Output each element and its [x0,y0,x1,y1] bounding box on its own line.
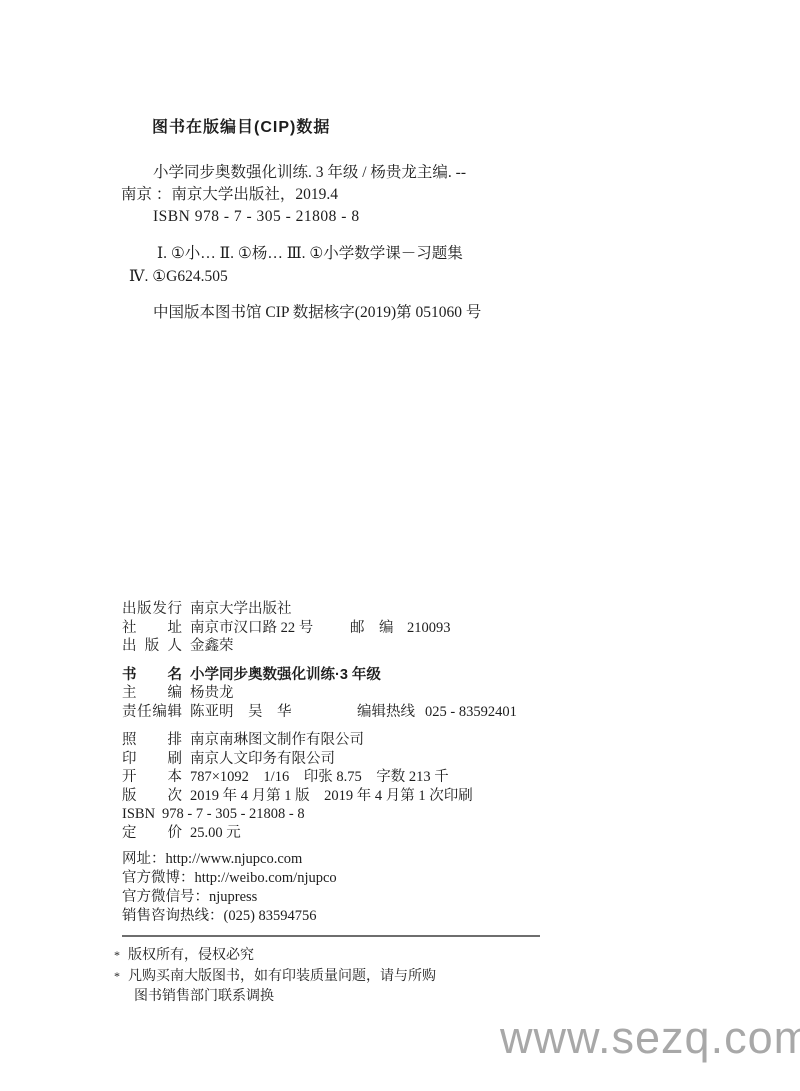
colophon-block: 出版发行南京大学出版社 社址南京市汉口路 22 号 邮 编 210093 出版人… [122,600,682,1008]
cip-block: 图书在版编目(CIP)数据 小学同步奥数强化训练. 3 年级 / 杨贵龙主编. … [120,116,620,324]
cip-class-line1: Ⅰ. ①小… Ⅱ. ①杨… Ⅲ. ①小学数学课－习题集 [157,242,620,265]
row-label: 出版人 [122,637,182,656]
cip-record-line: 中国版本图书馆 CIP 数据核字(2019)第 051060 号 [153,302,620,324]
row-address: 社址南京市汉口路 22 号 邮 编 210093 [122,619,682,638]
row-label: 版次 [122,787,182,806]
row-printing: 印刷南京人文印务有限公司 [122,750,682,769]
editor-hotline-label: 编辑热线 [357,703,415,722]
row-value: 杨贵龙 [190,685,234,701]
row-format: 开本787×1092 1/16 印张 8.75 字数 213 千 [122,768,682,787]
row-publisher: 出版发行南京大学出版社 [122,600,682,619]
row-isbn: ISBN978 - 7 - 305 - 21808 - 8 [122,805,682,824]
row-value: 25.00 元 [190,825,241,841]
notice-text: 凡购买南大版图书，如有印装质量问题，请与所购 [128,969,436,984]
notice-quality-continuation: 图书销售部门联系调换 [112,987,682,1008]
sales-hotline-line: 销售咨询热线：(025) 83594756 [122,907,682,926]
printing-group: 照排南京南琳图文制作有限公司 印刷南京人文印务有限公司 开本787×1092 1… [122,731,682,842]
row-label: 定价 [122,824,182,843]
row-value: 南京市汉口路 22 号 [190,620,313,636]
weibo-line: 官方微博：http://weibo.com/njupco [122,869,682,888]
contact-group: 网址：http://www.njupco.com 官方微博：http://wei… [122,850,682,926]
asterisk-bullet: * [114,966,120,987]
row-label: 开本 [122,768,182,787]
notice-text: 图书销售部门联系调换 [134,989,274,1004]
cip-isbn-line: ISBN 978 - 7 - 305 - 21808 - 8 [153,206,620,228]
row-typesetting: 照排南京南琳图文制作有限公司 [122,731,682,750]
book-group: 书名小学同步奥数强化训练·3 年级 主编杨贵龙 责任编辑陈亚明 吴 华 编辑热线… [122,666,682,722]
cip-class-line2: Ⅳ. ①G624.505 [129,265,620,288]
cip-heading: 图书在版编目(CIP)数据 [152,116,620,140]
row-value: 2019 年 4 月第 1 版 2019 年 4 月第 1 次印刷 [190,788,473,804]
publisher-group: 出版发行南京大学出版社 社址南京市汉口路 22 号 邮 编 210093 出版人… [122,600,682,656]
watermark-text: www.sezq.com [500,1012,800,1064]
notice-quality: *凡购买南大版图书，如有印装质量问题，请与所购 [112,967,682,988]
row-label: 社址 [122,619,182,638]
cip-title-line1: 小学同步奥数强化训练. 3 年级 / 杨贵龙主编. -- [153,162,620,184]
wechat-line: 官方微信号：njupress [122,888,682,907]
copyright-page: 图书在版编目(CIP)数据 小学同步奥数强化训练. 3 年级 / 杨贵龙主编. … [0,0,800,1091]
website-line: 网址：http://www.njupco.com [122,850,682,869]
row-book-title: 书名小学同步奥数强化训练·3 年级 [122,666,682,685]
row-edition: 版次2019 年 4 月第 1 版 2019 年 4 月第 1 次印刷 [122,787,682,806]
postcode-value: 210093 [407,619,451,638]
row-value: 南京大学出版社 [190,601,292,617]
asterisk-bullet: * [114,945,120,966]
row-label: 书名 [122,666,182,685]
notice-copyright: *版权所有，侵权必究 [112,946,682,967]
row-label: 责任编辑 [122,703,182,722]
cip-classification: Ⅰ. ①小… Ⅱ. ①杨… Ⅲ. ①小学数学课－习题集 Ⅳ. ①G624.505 [120,242,620,288]
row-value: 金鑫荣 [190,638,234,654]
row-label: 主编 [122,684,182,703]
row-value: 陈亚明 吴 华 [190,704,292,720]
row-value: 小学同步奥数强化训练·3 年级 [190,667,381,683]
row-responsible-editor: 责任编辑陈亚明 吴 华 编辑热线 025 - 83592401 [122,703,682,722]
row-value: 978 - 7 - 305 - 21808 - 8 [162,806,305,822]
row-label: 照排 [122,731,182,750]
row-label: 印刷 [122,750,182,769]
divider-rule [122,935,540,937]
cip-title-line2: 南京 ：南京大学出版社，2019.4 [121,184,620,206]
row-value: 787×1092 1/16 印张 8.75 字数 213 千 [190,769,449,785]
row-label: ISBN [122,805,155,824]
notice-text: 版权所有，侵权必究 [128,948,254,963]
editor-hotline-value: 025 - 83592401 [425,703,517,722]
row-publisher-person: 出版人金鑫荣 [122,637,682,656]
row-price: 定价25.00 元 [122,824,682,843]
postcode-label: 邮 编 [350,619,394,638]
row-label: 出版发行 [122,600,182,619]
row-value: 南京南琳图文制作有限公司 [190,732,364,748]
row-value: 南京人文印务有限公司 [190,751,335,767]
row-chief-editor: 主编杨贵龙 [122,684,682,703]
copyright-notices: *版权所有，侵权必究 *凡购买南大版图书，如有印装质量问题，请与所购 图书销售部… [112,946,682,1008]
